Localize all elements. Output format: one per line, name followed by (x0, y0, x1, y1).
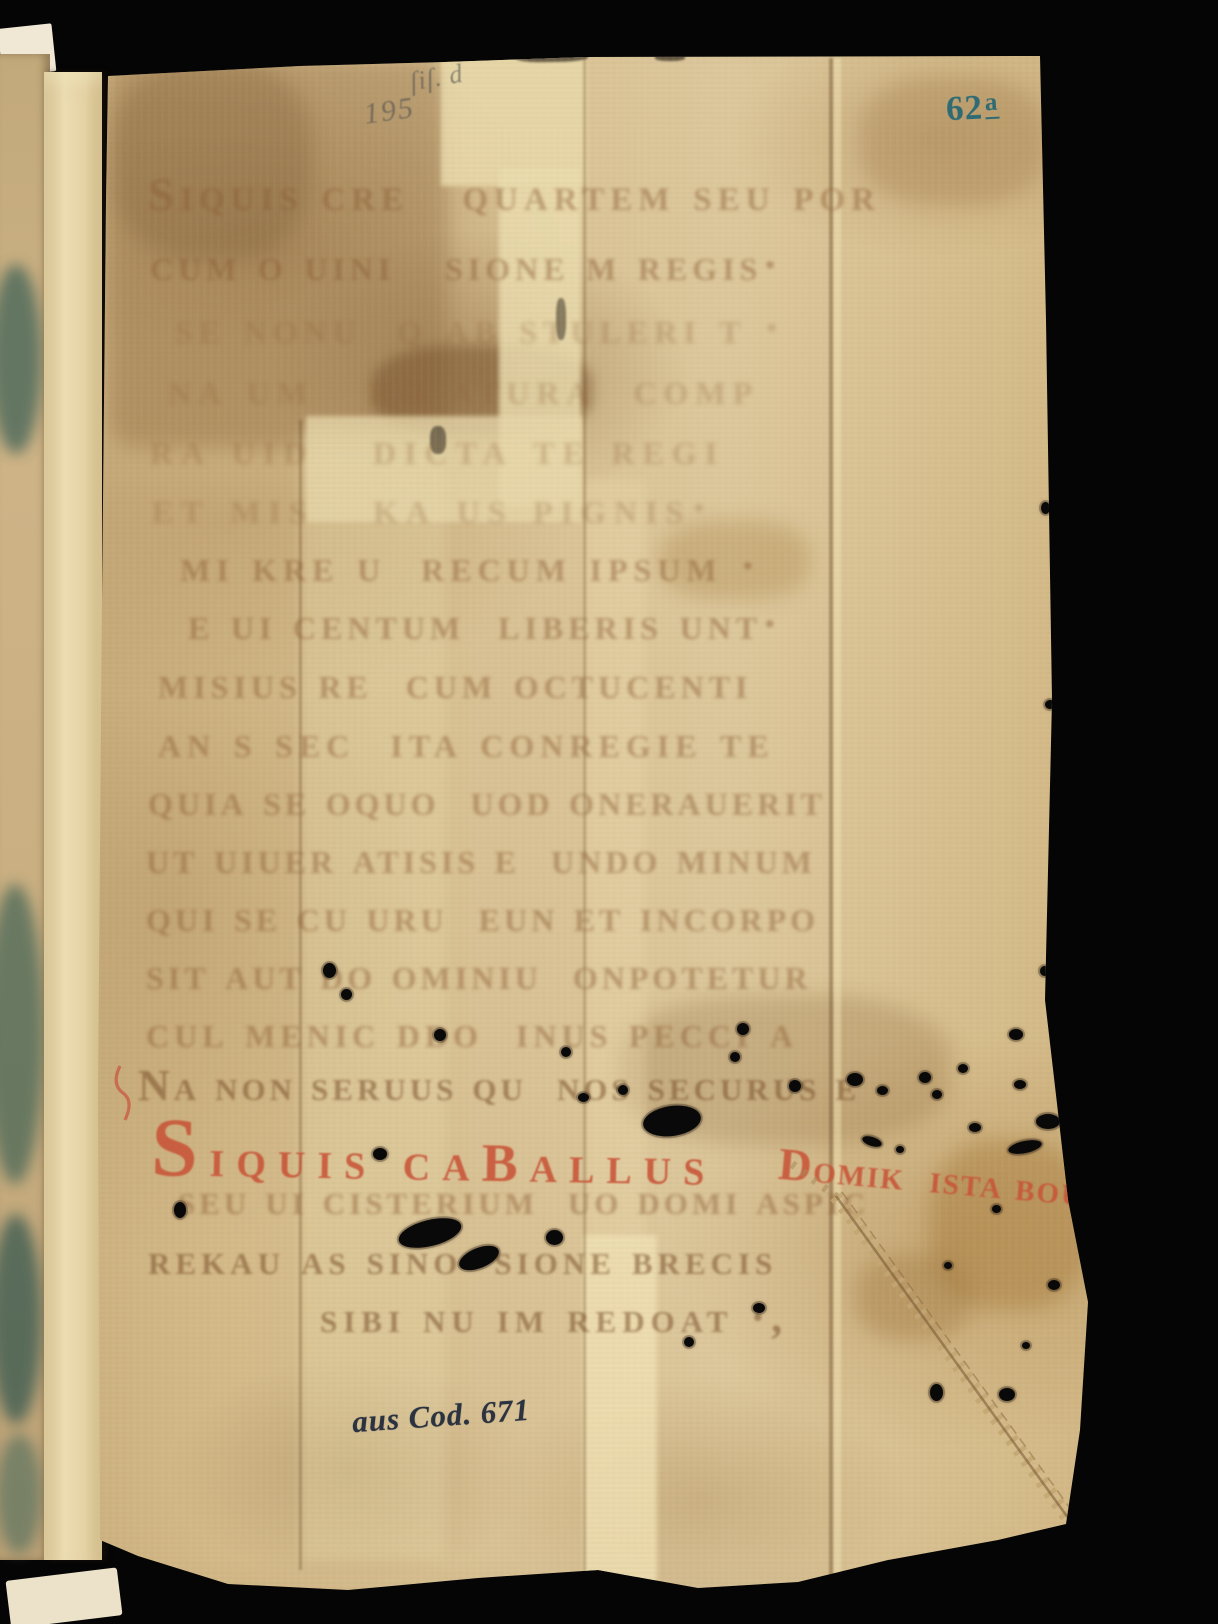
worm-hole (1041, 502, 1050, 514)
foliation-number: 62a (945, 87, 1000, 130)
worm-hole (1036, 1114, 1060, 1129)
worm-hole (992, 1205, 1001, 1213)
worm-hole (684, 1337, 694, 1347)
manuscript-text-line: quia se oquo uod onerauerit (148, 777, 826, 823)
worm-hole (1022, 1342, 1030, 1349)
manuscript-text-line: Na non seruus qu nos securus e (138, 1064, 860, 1108)
paint-stain (0, 884, 44, 1184)
worm-hole (730, 1052, 740, 1062)
repair-patch (583, 1235, 657, 1587)
paint-stain (0, 264, 42, 454)
shelfmark-inscription: aus Cod. 671 (351, 1392, 531, 1440)
pencil-note: 195 (362, 93, 417, 130)
worm-hole (546, 1230, 563, 1245)
worm-hole (434, 1029, 446, 1041)
manuscript-text-line: sit aut do ominiu onpotetur (146, 951, 812, 997)
fold-crease (829, 58, 833, 1580)
worm-hole (932, 1090, 942, 1099)
worm-hole (341, 989, 352, 1000)
edge-speck (655, 54, 685, 61)
foliation-digits: 62 (945, 87, 984, 128)
fold-crease (834, 58, 841, 1580)
manuscript-text-line: Siquis cre quartem seu por (148, 172, 881, 219)
manuscript-text-line: qui se cu uru eun et incorpo (146, 893, 819, 939)
worm-hole (896, 1146, 904, 1153)
worm-hole (618, 1085, 628, 1095)
flyleaf-corner-bottom (5, 1567, 122, 1624)
worm-hole (1045, 700, 1055, 709)
manuscript-text-line: cum o uini sione m regis· (150, 242, 783, 288)
worm-hole (944, 1262, 952, 1269)
manuscript-text-line: misius re cum octucenti (158, 660, 753, 706)
worm-hole (1040, 966, 1049, 976)
worm-hole (877, 1086, 888, 1095)
pencil-note: ſiſ. d (408, 61, 465, 96)
manuscript-text-line: ra uid dicta te regi (150, 426, 725, 472)
worm-hole (1048, 1280, 1060, 1290)
paint-stain (0, 1434, 42, 1554)
manuscript-text-line: sibi nu im redoat ·, (320, 1296, 788, 1340)
worm-hole (1014, 1080, 1026, 1089)
manuscript-text-line: seu ui cisterium uo domi aspic (178, 1178, 869, 1222)
manuscript-text-line: ut uiuer atisis e undo minum (146, 835, 816, 881)
paint-stain (0, 1214, 42, 1424)
worm-hole (737, 1023, 749, 1035)
parchment-stain (112, 60, 312, 260)
manuscript-text-line: e ui centum liberis unt· (188, 601, 782, 647)
worm-hole (958, 1064, 968, 1073)
worm-hole (999, 1388, 1015, 1401)
worm-hole (561, 1047, 571, 1057)
manuscript-text-line: se nonu q ab stuleri t · (175, 305, 785, 351)
worm-hole (930, 1384, 943, 1401)
manuscript-text-line: et mis ka us pignis· (152, 485, 715, 531)
worm-hole (1009, 1029, 1023, 1040)
binding-guard-strip (44, 72, 102, 1560)
worm-hole (969, 1123, 981, 1132)
worm-hole (174, 1202, 186, 1218)
adjacent-leaf-edge (0, 54, 50, 1560)
worm-hole (578, 1093, 589, 1102)
worm-hole (847, 1073, 863, 1086)
manuscript-photo: Siquis cre quartem seu porcum o uini sio… (0, 0, 1218, 1624)
worm-hole (789, 1080, 801, 1092)
manuscript-text-line: cul menic ddo inus pecci a (146, 1009, 798, 1055)
worm-hole (323, 963, 336, 978)
worm-hole (919, 1072, 931, 1083)
worm-hole (753, 1303, 765, 1313)
foliation-suffix: a (984, 89, 999, 120)
parchment-stain (855, 1255, 970, 1340)
manuscript-text-line: an s sec ita conregie te (158, 719, 775, 765)
worm-hole (373, 1148, 387, 1160)
manuscript-text-line: na um ro atura comp (168, 366, 759, 412)
edge-speck (210, 57, 254, 68)
manuscript-page: Siquis cre quartem seu porcum o uini sio… (0, 0, 1218, 1624)
manuscript-text-line: mi kre u recum ipsum · (180, 543, 761, 589)
edge-speck (516, 51, 588, 62)
